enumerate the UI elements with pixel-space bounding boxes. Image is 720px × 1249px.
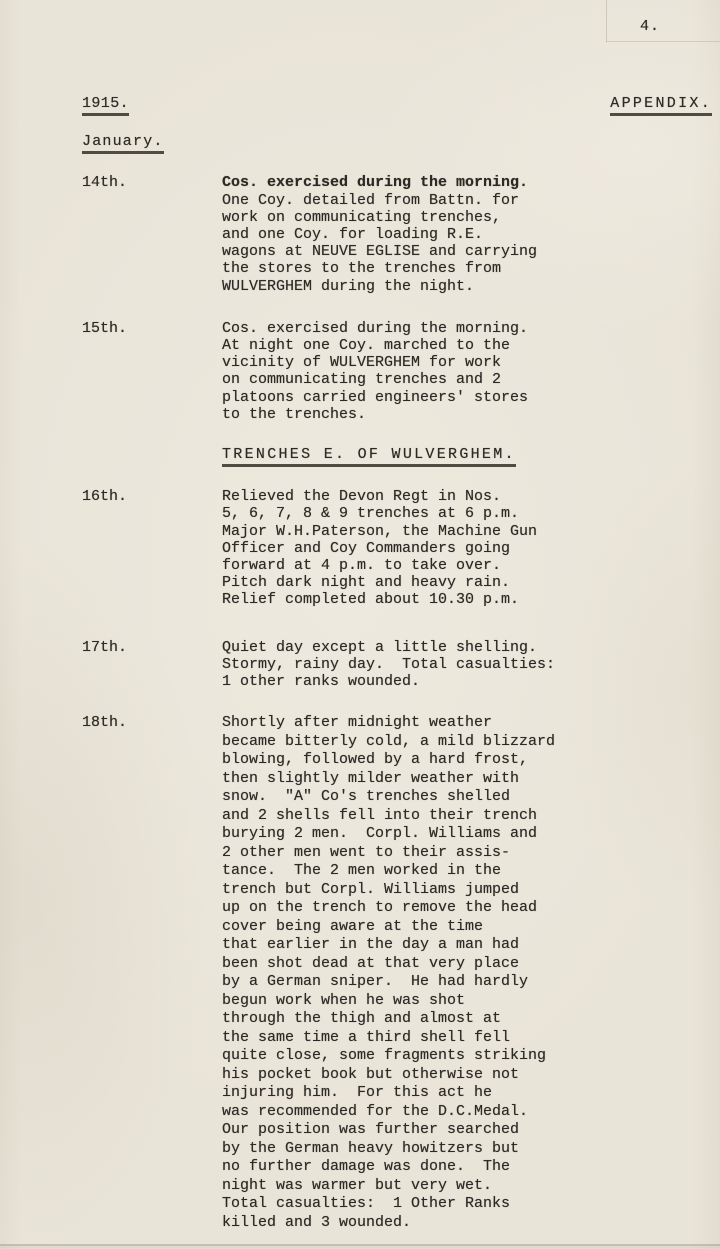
entry-text: Relieved the Devon Regt in Nos. 5, 6, 7,… xyxy=(222,488,712,608)
section-heading-row: TRENCHES E. OF WULVERGHEM. xyxy=(82,446,712,467)
entry-date: 17th. xyxy=(82,639,222,656)
document-page: 4. 1915. APPENDIX. January. 14th. Cos. e… xyxy=(0,0,720,1249)
header-row: 1915. APPENDIX. xyxy=(82,95,712,116)
entry-date: 15th. xyxy=(82,320,222,337)
month-heading-wrap: January. xyxy=(82,133,712,154)
appendix-heading: APPENDIX. xyxy=(610,95,712,116)
entry-body: Relieved the Devon Regt in Nos. 5, 6, 7,… xyxy=(222,488,712,608)
scan-bottom-edge xyxy=(0,1244,720,1246)
diary-entry-14th: 14th. Cos. exercised during the morning.… xyxy=(82,174,712,294)
month-heading: January. xyxy=(82,133,164,154)
entry-text: Cos. exercised during the morning. At ni… xyxy=(222,320,712,423)
entry-body: Shortly after midnight weather became bi… xyxy=(222,714,712,1232)
diary-content: 1915. APPENDIX. January. 14th. Cos. exer… xyxy=(82,95,712,1232)
diary-entry-15th: 15th. Cos. exercised during the morning.… xyxy=(82,320,712,423)
section-heading: TRENCHES E. OF WULVERGHEM. xyxy=(222,446,516,467)
section-heading-wrap: TRENCHES E. OF WULVERGHEM. xyxy=(222,446,712,467)
page-number: 4. xyxy=(640,18,660,35)
paper-crease-horizontal xyxy=(606,41,720,42)
diary-entry-17th: 17th. Quiet day except a little shelling… xyxy=(82,639,712,691)
entry-lead: Cos. exercised during the morning. xyxy=(222,174,712,191)
entry-body: Cos. exercised during the morning. One C… xyxy=(222,174,712,294)
diary-entry-16th: 16th. Relieved the Devon Regt in Nos. 5,… xyxy=(82,488,712,608)
entry-text: Shortly after midnight weather became bi… xyxy=(222,714,712,1232)
entry-date: 16th. xyxy=(82,488,222,505)
entry-body: Quiet day except a little shelling. Stor… xyxy=(222,639,712,691)
entry-date: 14th. xyxy=(82,174,222,191)
entry-body: Cos. exercised during the morning. At ni… xyxy=(222,320,712,423)
paper-crease-vertical xyxy=(606,0,607,42)
entry-text: Quiet day except a little shelling. Stor… xyxy=(222,639,712,691)
entry-text: One Coy. detailed from Battn. for work o… xyxy=(222,192,712,295)
entry-date: 18th. xyxy=(82,714,222,733)
diary-entry-18th: 18th. Shortly after midnight weather bec… xyxy=(82,714,712,1232)
year-heading: 1915. xyxy=(82,95,129,116)
